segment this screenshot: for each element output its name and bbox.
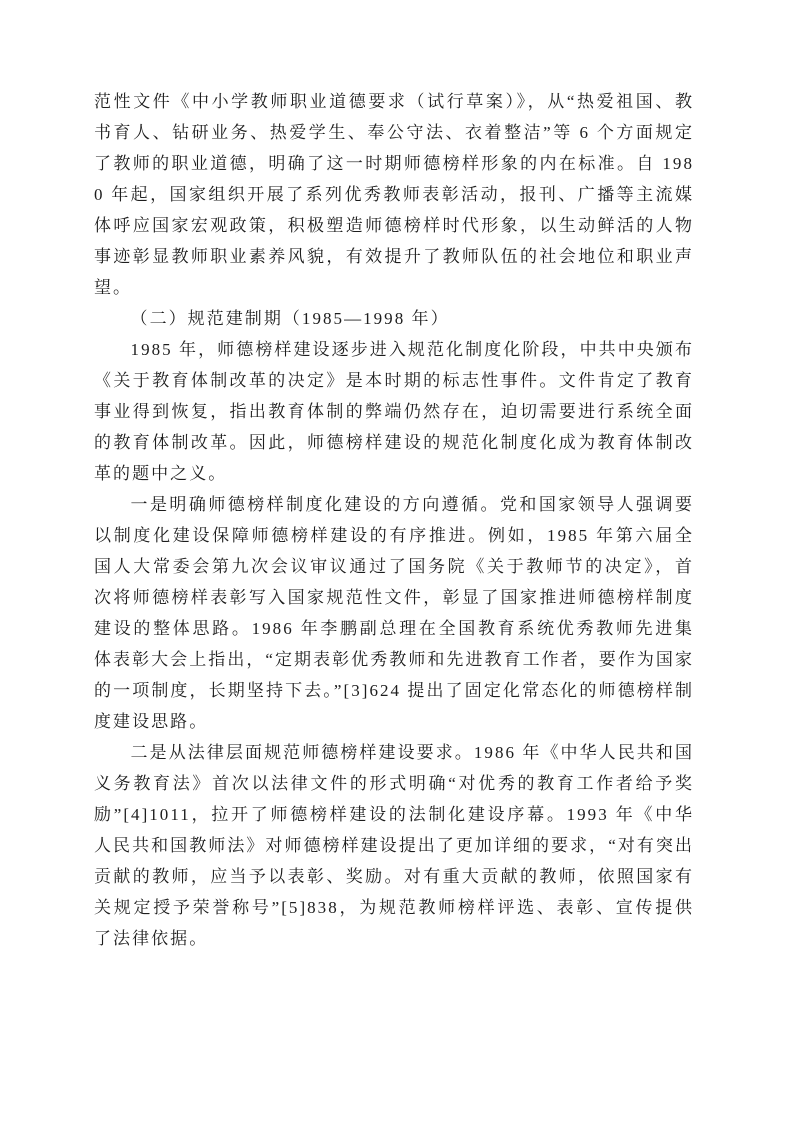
page-body-text: 范性文件《中小学教师职业道德要求（试行草案）》，从“热爱祖国、教书育人、钻研业务…	[94, 86, 694, 954]
body-paragraph-continued: 范性文件《中小学教师职业道德要求（试行草案）》，从“热爱祖国、教书育人、钻研业务…	[94, 86, 694, 303]
paragraph-point-one-institutionalization: 一是明确师德榜样制度化建设的方向遵循。党和国家领导人强调要以制度化建设保障师德榜…	[94, 489, 694, 737]
section-heading-standardization-period: （二）规范建制期（1985—1998 年）	[94, 303, 694, 334]
paragraph-point-two-legal-norms: 二是从法律层面规范师德榜样建设要求。1986 年《中华人民共和国义务教育法》首次…	[94, 737, 694, 954]
paragraph-1985-overview: 1985 年，师德榜样建设逐步进入规范化制度化阶段，中共中央颁布《关于教育体制改…	[94, 334, 694, 489]
document-page: 范性文件《中小学教师职业道德要求（试行草案）》，从“热爱祖国、教书育人、钻研业务…	[0, 0, 793, 1122]
